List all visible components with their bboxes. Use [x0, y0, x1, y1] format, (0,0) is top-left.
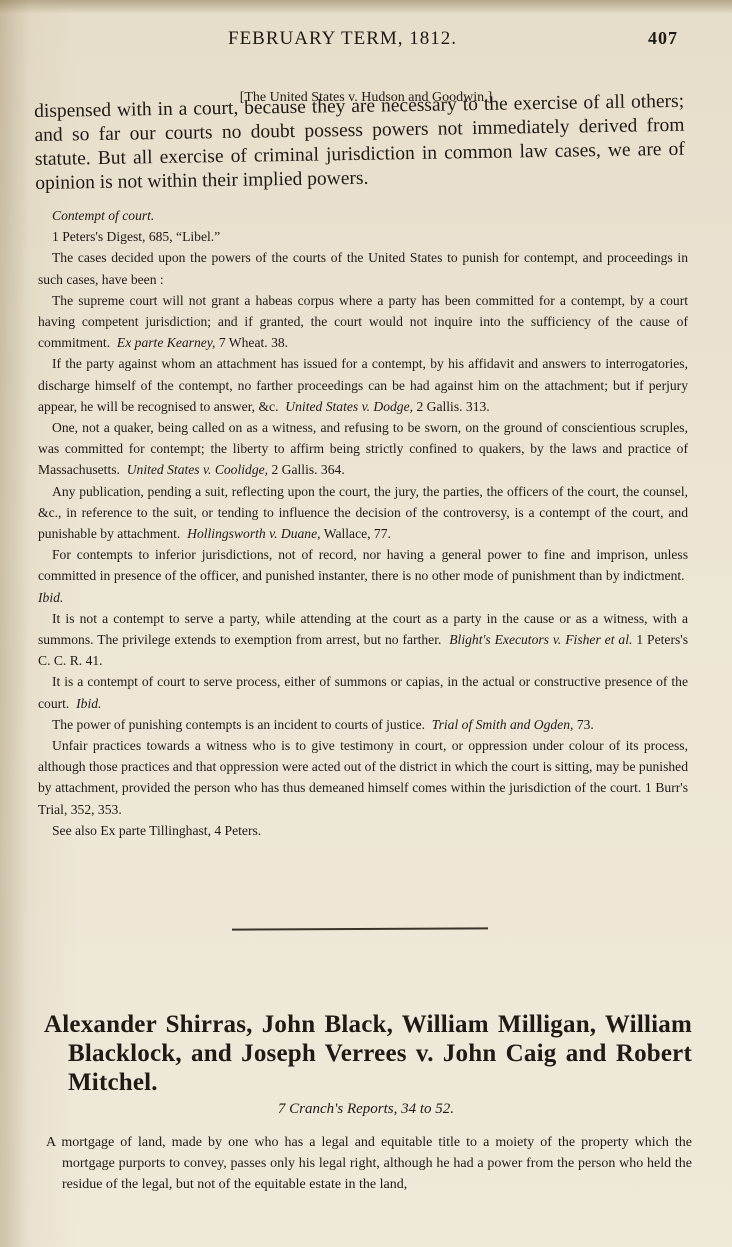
lead-paragraph: dispensed with in a court, because they …	[34, 90, 685, 196]
case-citation: Ibid.	[76, 696, 101, 711]
case-title-block: Alexander Shirras, John Black, William M…	[44, 1010, 692, 1097]
case-citation: Hollingsworth v. Duane,	[187, 526, 320, 541]
note-paragraph: The power of punishing contempts is an i…	[38, 714, 688, 735]
case-citation: United States v. Coolidge,	[127, 462, 268, 477]
case-citation: Ibid.	[38, 590, 63, 605]
lead-paragraph-block: dispensed with in a court, because they …	[34, 90, 685, 196]
page-number: 407	[648, 28, 678, 49]
case-citation: Trial of Smith and Ogden,	[432, 717, 574, 732]
case-citation: Ex parte Kearney,	[117, 335, 216, 350]
note-paragraph: It is not a contempt to serve a party, w…	[38, 608, 688, 672]
running-title: FEBRUARY TERM, 1812.	[228, 28, 457, 50]
case-title: Alexander Shirras, John Black, William M…	[44, 1010, 692, 1097]
note-paragraph: Unfair practices towards a witness who i…	[38, 735, 688, 820]
note-paragraph: See also Ex parte Tillinghast, 4 Peters.	[38, 820, 688, 841]
note-paragraph: Any publication, pending a suit, reflect…	[38, 481, 688, 545]
note-paragraph: The cases decided upon the powers of the…	[38, 247, 688, 289]
syllabus-block: A mortgage of land, made by one who has …	[46, 1132, 692, 1195]
book-page: FEBRUARY TERM, 1812. 407 [The United Sta…	[0, 0, 732, 1247]
case-citation: United States v. Dodge,	[285, 399, 413, 414]
digest-reference: 1 Peters's Digest, 685, “Libel.”	[38, 226, 688, 247]
reporter-citation: 7 Cranch's Reports, 34 to 52.	[0, 1101, 732, 1118]
notes-heading: Contempt of court.	[38, 205, 688, 226]
note-paragraph: If the party against whom an attachment …	[38, 353, 688, 417]
case-citation: Blight's Executors v. Fisher et al.	[449, 632, 632, 647]
note-paragraph: It is a contempt of court to serve proce…	[38, 671, 688, 713]
syllabus-paragraph: A mortgage of land, made by one who has …	[46, 1132, 692, 1195]
note-paragraph: For contempts to inferior jurisdictions,…	[38, 544, 688, 608]
section-divider	[232, 927, 488, 930]
note-paragraph: One, not a quaker, being called on as a …	[38, 417, 688, 481]
contempt-notes: Contempt of court. 1 Peters's Digest, 68…	[38, 205, 688, 841]
note-paragraph: The supreme court will not grant a habea…	[38, 290, 688, 354]
